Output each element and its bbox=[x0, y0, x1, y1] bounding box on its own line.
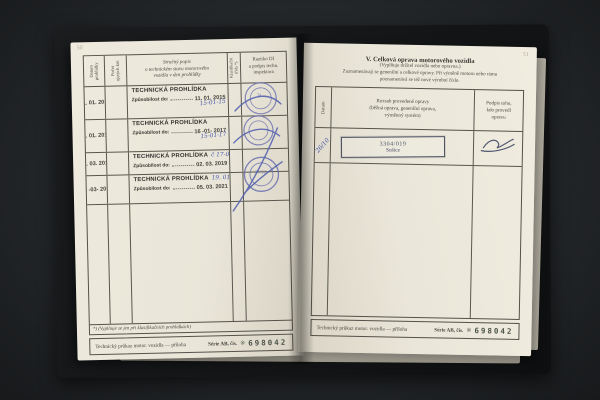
header-stamp-column: Razítko DI a podpis techn. inspektora bbox=[241, 52, 287, 83]
validity-label: Způsobilost do: bbox=[132, 130, 169, 136]
validity-label: Způsobilost do: bbox=[133, 163, 170, 169]
km-cell bbox=[105, 86, 128, 118]
km-cell bbox=[107, 152, 129, 174]
repairs-table-header: Datum Rozsah provedené opravy (běžná opr… bbox=[315, 87, 523, 132]
entry-signature-cell bbox=[474, 131, 523, 166]
left-page-content: 50 Datum prohlídky Počet ujetých km bbox=[70, 37, 303, 360]
stamp-town: Sušice bbox=[386, 147, 400, 153]
class-cell bbox=[230, 173, 244, 201]
serial-number: 698042 bbox=[474, 326, 513, 336]
repair-entry-row: 26/10 3304/019 Sušice bbox=[315, 128, 523, 167]
stamp-cell bbox=[242, 116, 288, 149]
star-mark-icon: ※ bbox=[466, 327, 471, 334]
header-class-line2: třída *) bbox=[234, 58, 239, 79]
validity-label: Způsobilost do: bbox=[134, 186, 171, 192]
inspection-title-stamp: TECHNICKÁ PROHLÍDKA bbox=[132, 120, 207, 128]
workshop-stamp: 3304/019 Sušice bbox=[341, 136, 445, 158]
validity-date-stamp: 05. 03. 2021 bbox=[197, 184, 228, 192]
description-cell: TECHNICKÁ PROHLÍDKA Způsobilost do: 11. … bbox=[127, 84, 229, 118]
dotted-line bbox=[172, 184, 194, 190]
photo-of-open-vehicle-logbook: 50 Datum prohlídky Počet ujetých km bbox=[0, 0, 600, 400]
header-description-column: Stručný popis o technickém stavu motorov… bbox=[127, 53, 229, 85]
empty-cell bbox=[130, 202, 234, 323]
right-page-content: 51 V. Celková oprava motorového vozidla … bbox=[298, 43, 537, 356]
header-date-line2: prohlídky bbox=[94, 62, 100, 80]
header-km-line2: ujetých km bbox=[115, 60, 121, 81]
class-cell bbox=[230, 150, 243, 172]
validity-label: Způsobilost do: bbox=[132, 97, 169, 103]
empty-cell bbox=[108, 204, 133, 323]
km-cell bbox=[106, 119, 129, 151]
header-class-column: Klasifikační třída *) bbox=[228, 53, 242, 83]
header-signature-column: Podpis toho, kdo provedl opravu bbox=[474, 90, 523, 131]
inspection-row-1: 11. 01. 2013 TECHNICKÁ PROHLÍDKA Způsobi… bbox=[84, 83, 287, 121]
inspections-table-header: Datum prohlídky Počet ujetých km Stručný… bbox=[84, 52, 287, 88]
series-label: Série AB, čís. bbox=[434, 327, 463, 334]
inspection-date-stamp: 16. 01. 2015 bbox=[85, 132, 107, 140]
stamp-cell bbox=[243, 172, 289, 201]
description-cell: TECHNICKÁ PROHLÍDKA 19. 01. 21 Způsobilo… bbox=[129, 173, 231, 203]
stamp-cell bbox=[241, 83, 287, 116]
header-stamp-line3: inspektora bbox=[253, 70, 274, 77]
header-sign-line3: opravu bbox=[491, 114, 505, 121]
inspection-title-stamp: TECHNICKÁ PROHLÍDKA bbox=[131, 87, 206, 95]
empty-cell bbox=[328, 164, 474, 319]
repairs-table: Datum Rozsah provedené opravy (běžná opr… bbox=[311, 86, 524, 320]
header-date-column: Datum bbox=[315, 87, 332, 127]
inspections-table: Datum prohlídky Počet ujetých km Stručný… bbox=[83, 51, 293, 336]
empty-cell bbox=[471, 166, 522, 319]
inspection-date-stamp: 05 -03- 2019 bbox=[86, 186, 108, 194]
validity-date-stamp: 02. 03. 2019 bbox=[196, 161, 227, 169]
handwritten-note: č 17-03-31 bbox=[211, 152, 230, 159]
dotted-line bbox=[170, 95, 193, 101]
left-footer: Technický průkaz motor. vozidla — příloh… bbox=[89, 334, 293, 356]
inspection-date-stamp: 11. 01. 2013 bbox=[84, 99, 106, 107]
header-repair-line3: výměnný systém) bbox=[384, 112, 420, 120]
description-cell: TECHNICKÁ PROHLÍDKA Způsobilost do: 16 -… bbox=[128, 117, 230, 151]
inspection-date-stamp: 02. 03. 2017 bbox=[86, 160, 107, 168]
entry-repair-cell: 3304/019 Sušice bbox=[331, 129, 475, 166]
entry-date-cell: 26/10 bbox=[315, 128, 332, 162]
left-page-number: 50 bbox=[76, 45, 82, 51]
empty-cell bbox=[244, 201, 292, 321]
dotted-line bbox=[172, 161, 194, 167]
footer-label: Technický průkaz motor. vozidla — příloh… bbox=[316, 325, 407, 333]
empty-rows-area bbox=[312, 163, 522, 319]
header-repair-column: Rozsah provedené opravy (běžná oprava, g… bbox=[331, 88, 475, 131]
class-cell bbox=[229, 117, 243, 149]
right-page-number: 51 bbox=[523, 52, 529, 58]
star-mark-icon: ※ bbox=[240, 340, 245, 347]
handwritten-date: 26/10 bbox=[315, 137, 331, 155]
stamp-cell bbox=[243, 149, 288, 172]
left-page: 50 Datum prohlídky Počet ujetých km bbox=[70, 37, 303, 360]
header-km-column: Počet ujetých km bbox=[105, 55, 128, 85]
header-date-label: Datum bbox=[320, 101, 326, 114]
inspection-row-2: 16. 01. 2015 TECHNICKÁ PROHLÍDKA Způsobi… bbox=[85, 116, 288, 154]
stamp-number: 3304/019 bbox=[380, 141, 407, 147]
handwritten-note: 19. 01. 21 bbox=[212, 175, 231, 182]
description-cell: TECHNICKÁ PROHLÍDKA č 17-03-31 Způsobilo… bbox=[129, 150, 230, 174]
km-cell bbox=[107, 175, 130, 203]
series-label: Série AB, čís. bbox=[208, 340, 237, 347]
serial-number: 698042 bbox=[248, 338, 287, 348]
inspection-title-stamp: TECHNICKÁ PROHLÍDKA bbox=[133, 153, 208, 161]
empty-cell bbox=[87, 205, 111, 324]
footer-label: Technický průkaz motor. vozidla — příloh… bbox=[95, 342, 186, 350]
empty-rows-area bbox=[87, 201, 292, 325]
dotted-line bbox=[171, 128, 193, 133]
header-date-column: Datum prohlídky bbox=[84, 56, 106, 86]
class-cell bbox=[228, 84, 242, 116]
header-desc-line3: vozidla v den prohlídky bbox=[153, 72, 201, 80]
right-page: 51 V. Celková oprava motorového vozidla … bbox=[298, 43, 537, 356]
inspection-title-stamp: TECHNICKÁ PROHLÍDKA bbox=[133, 176, 208, 184]
inspection-row-4: 05 -03- 2019 TECHNICKÁ PROHLÍDKA 19. 01.… bbox=[86, 172, 289, 206]
right-footer: Technický průkaz motor. vozidla — příloh… bbox=[310, 319, 519, 340]
